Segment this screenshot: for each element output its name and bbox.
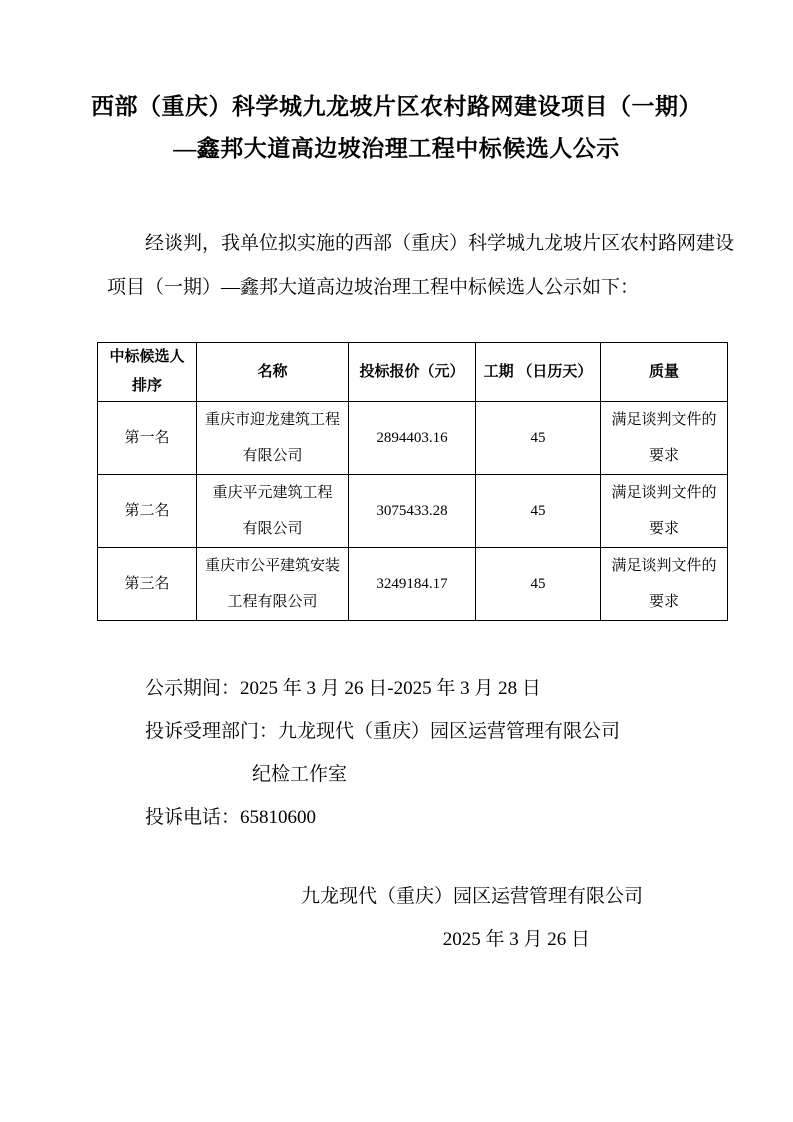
document-title-line1: 西部（重庆）科学城九龙坡片区农村路网建设项目（一期）: [40, 86, 753, 128]
complaint-phone-line: 投诉电话：65810600: [145, 796, 793, 839]
cell-duration: 45: [476, 548, 601, 621]
intro-paragraph: 经谈判，我单位拟实施的西部（重庆）科学城九龙坡片区农村路网建设项目（一期）—鑫邦…: [107, 222, 735, 310]
candidates-table: 中标候选人 排序 名称 投标报价（元） 工期 （日历天） 质量 第一名 重庆市迎…: [97, 342, 728, 621]
cell-bid-price: 3249184.17: [349, 548, 476, 621]
cell-rank: 第三名: [98, 548, 197, 621]
signature-date: 2025 年 3 月 26 日: [0, 918, 793, 961]
header-quality: 质量: [601, 343, 728, 402]
cell-duration: 45: [476, 475, 601, 548]
notes-section: 公示期间：2025 年 3 月 26 日-2025 年 3 月 28 日 投诉受…: [145, 667, 793, 839]
complaint-department-continuation: 纪检工作室: [145, 753, 793, 796]
header-duration: 工期 （日历天）: [476, 343, 601, 402]
signature-block: 九龙现代（重庆）园区运营管理有限公司 2025 年 3 月 26 日: [0, 875, 793, 961]
cell-bid-price: 2894403.16: [349, 402, 476, 475]
publicity-period-line: 公示期间：2025 年 3 月 26 日-2025 年 3 月 28 日: [145, 667, 793, 710]
cell-quality: 满足谈判文件的 要求: [601, 402, 728, 475]
header-rank: 中标候选人 排序: [98, 343, 197, 402]
signature-organization: 九龙现代（重庆）园区运营管理有限公司: [0, 875, 793, 918]
cell-rank: 第一名: [98, 402, 197, 475]
table-row: 第二名 重庆平元建筑工程 有限公司 3075433.28 45 满足谈判文件的 …: [98, 475, 728, 548]
cell-company-name: 重庆平元建筑工程 有限公司: [197, 475, 349, 548]
cell-duration: 45: [476, 402, 601, 475]
complaint-department-line: 投诉受理部门：九龙现代（重庆）园区运营管理有限公司: [145, 710, 793, 753]
cell-quality: 满足谈判文件的 要求: [601, 548, 728, 621]
header-bid-price: 投标报价（元）: [349, 343, 476, 402]
cell-rank: 第二名: [98, 475, 197, 548]
cell-bid-price: 3075433.28: [349, 475, 476, 548]
document-title-line2: —鑫邦大道高边坡治理工程中标候选人公示: [40, 128, 753, 170]
table-header-row: 中标候选人 排序 名称 投标报价（元） 工期 （日历天） 质量: [98, 343, 728, 402]
table-row: 第一名 重庆市迎龙建筑工程 有限公司 2894403.16 45 满足谈判文件的…: [98, 402, 728, 475]
cell-company-name: 重庆市公平建筑安装 工程有限公司: [197, 548, 349, 621]
document-page: 西部（重庆）科学城九龙坡片区农村路网建设项目（一期） —鑫邦大道高边坡治理工程中…: [0, 0, 793, 1122]
document-title: 西部（重庆）科学城九龙坡片区农村路网建设项目（一期） —鑫邦大道高边坡治理工程中…: [40, 86, 753, 170]
table-row: 第三名 重庆市公平建筑安装 工程有限公司 3249184.17 45 满足谈判文…: [98, 548, 728, 621]
cell-company-name: 重庆市迎龙建筑工程 有限公司: [197, 402, 349, 475]
cell-quality: 满足谈判文件的 要求: [601, 475, 728, 548]
header-name: 名称: [197, 343, 349, 402]
